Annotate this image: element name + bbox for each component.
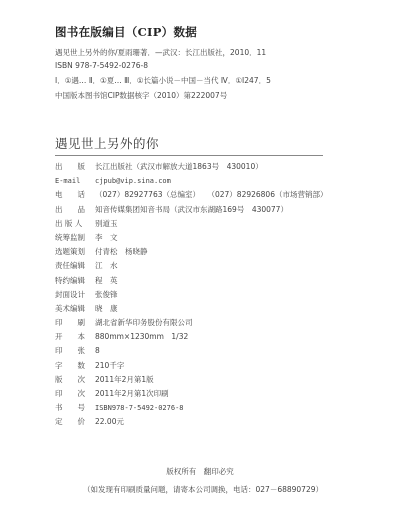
cip-line-classification: Ⅰ．①遇… Ⅱ．①夏… Ⅲ．①长篇小说－中国－当代 Ⅳ．①I247．5 — [55, 75, 271, 86]
detail-label: 选题策划 — [55, 245, 95, 259]
detail-value: 程 英 — [95, 274, 118, 288]
detail-label: 出 版 — [55, 160, 95, 174]
detail-label: 电 话 — [55, 188, 95, 202]
detail-row-supervisor: 统筹监制 李 文 — [55, 231, 327, 245]
detail-label: 责任编辑 — [55, 259, 95, 273]
cip-heading: 图书在版编目（CIP）数据 — [55, 24, 197, 40]
detail-value: 知音传媒集团知音书局（武汉市东湖路169号 430077） — [95, 203, 288, 217]
detail-value: 210千字 — [95, 359, 124, 373]
detail-label: 出 版 人 — [55, 217, 95, 231]
detail-row-editor: 责任编辑 江 水 — [55, 259, 327, 273]
detail-label: 字 数 — [55, 359, 95, 373]
detail-label: 特约编辑 — [55, 274, 95, 288]
quality-notice: （如发现有印刷质量问题，请寄本公司调换，电话：027－68890729） — [83, 484, 323, 495]
copyright-notice: 版权所有 翻印必究 — [0, 466, 400, 477]
detail-value: 湖北省新华印务股份有限公司 — [95, 316, 193, 330]
detail-row-printing: 印 次 2011年2月第1次印刷 — [55, 387, 327, 401]
publication-details: 出 版 长江出版社（武汉市解放大道1863号 430010） E-mail cj… — [55, 160, 327, 430]
detail-row-cover-design: 封面设计 张俊锋 — [55, 288, 327, 302]
detail-label: 美术编辑 — [55, 302, 95, 316]
detail-label: 封面设计 — [55, 288, 95, 302]
detail-value: 晓 康 — [95, 302, 118, 316]
detail-value: 2011年2月第1版 — [95, 373, 154, 387]
detail-label: 开 本 — [55, 330, 95, 344]
detail-row-art-editor: 美术编辑 晓 康 — [55, 302, 327, 316]
detail-value: 别道玉 — [95, 217, 118, 231]
detail-label: 出 品 — [55, 203, 95, 217]
detail-row-isbn: 书 号 ISBN978-7-5492-0276-8 — [55, 401, 327, 415]
detail-row-printer: 印 刷 湖北省新华印务股份有限公司 — [55, 316, 327, 330]
detail-value: 张俊锋 — [95, 288, 118, 302]
book-title: 遇见世上另外的你 — [55, 134, 159, 152]
detail-value: 880mm×1230mm 1/32 — [95, 330, 188, 344]
detail-row-producer: 出 品 知音传媒集团知音书局（武汉市东湖路169号 430077） — [55, 203, 327, 217]
cip-line-title-author: 遇见世上另外的你/夏雨珊著．—武汉：长江出版社，2010．11 — [55, 47, 266, 58]
detail-label: E-mail — [55, 174, 95, 188]
detail-row-contract-editor: 特约编辑 程 英 — [55, 274, 327, 288]
detail-row-planner: 选题策划 付青松 杨晓静 — [55, 245, 327, 259]
cip-line-cip-number: 中国版本图书馆CIP数据核字（2010）第222007号 — [55, 90, 227, 101]
detail-value: 长江出版社（武汉市解放大道1863号 430010） — [95, 160, 263, 174]
cip-line-isbn: ISBN 978-7-5492-0276-8 — [55, 61, 148, 70]
detail-row-phone: 电 话 （027）82927763（总编室） （027）82926806（市场营… — [55, 188, 327, 202]
detail-row-sheets: 印 张 8 — [55, 344, 327, 358]
detail-row-email: E-mail cjpub@vip.sina.com — [55, 174, 327, 188]
detail-row-word-count: 字 数 210千字 — [55, 359, 327, 373]
detail-value: （027）82927763（总编室） （027）82926806（市场营销部） — [95, 188, 327, 202]
detail-value: 8 — [95, 344, 100, 358]
detail-row-publisher: 出 版 长江出版社（武汉市解放大道1863号 430010） — [55, 160, 327, 174]
detail-row-publisher-person: 出 版 人 别道玉 — [55, 217, 327, 231]
detail-value: cjpub@vip.sina.com — [95, 174, 171, 188]
detail-value: 李 文 — [95, 231, 118, 245]
detail-row-price: 定 价 22.00元 — [55, 415, 327, 429]
detail-value: 2011年2月第1次印刷 — [95, 387, 169, 401]
detail-row-format: 开 本 880mm×1230mm 1/32 — [55, 330, 327, 344]
detail-value: ISBN978-7-5492-0276-8 — [95, 401, 184, 415]
detail-label: 书 号 — [55, 401, 95, 415]
detail-label: 定 价 — [55, 415, 95, 429]
detail-label: 印 张 — [55, 344, 95, 358]
detail-label: 统筹监制 — [55, 231, 95, 245]
detail-value: 付青松 杨晓静 — [95, 245, 148, 259]
detail-row-edition: 版 次 2011年2月第1版 — [55, 373, 327, 387]
detail-label: 版 次 — [55, 373, 95, 387]
detail-value: 江 水 — [95, 259, 118, 273]
title-divider — [55, 155, 323, 156]
detail-label: 印 次 — [55, 387, 95, 401]
detail-value: 22.00元 — [95, 415, 124, 429]
detail-label: 印 刷 — [55, 316, 95, 330]
